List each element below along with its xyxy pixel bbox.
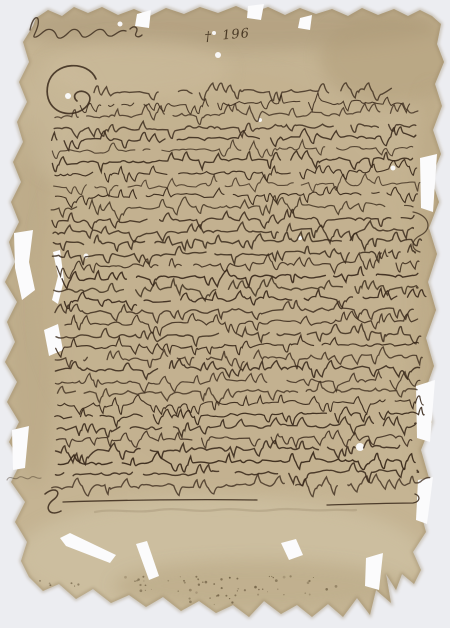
speckle	[151, 589, 152, 590]
speckle	[195, 576, 197, 578]
speckle	[145, 590, 146, 591]
speckle	[136, 580, 138, 582]
speckle	[216, 595, 218, 597]
speckle	[77, 583, 79, 585]
speckle	[262, 589, 263, 590]
speckle	[49, 584, 51, 586]
speckle	[195, 591, 197, 593]
speckle	[289, 575, 291, 577]
speckle	[244, 589, 246, 591]
speckle	[198, 584, 200, 586]
speckle	[143, 580, 144, 581]
speckle	[124, 576, 127, 579]
speckle	[225, 595, 227, 597]
paper-hole	[215, 52, 221, 58]
speckle	[236, 578, 238, 580]
speckle	[39, 580, 41, 582]
speckle	[283, 594, 284, 595]
speckle	[271, 576, 272, 577]
manuscript-page: † 196	[0, 0, 450, 628]
speckle	[229, 577, 231, 579]
speckle	[257, 594, 259, 596]
speckle	[197, 578, 199, 580]
speckle	[335, 585, 338, 588]
speckle	[221, 587, 223, 589]
speckle	[309, 594, 311, 596]
speckle	[184, 582, 186, 584]
paper-hole	[356, 443, 364, 451]
speckle	[134, 580, 136, 582]
speckle	[189, 600, 192, 603]
speckle	[74, 586, 75, 587]
speckle	[167, 580, 169, 582]
speckle	[209, 597, 211, 599]
speckle	[189, 598, 191, 600]
paper-hole	[118, 22, 123, 27]
speckle	[283, 576, 286, 579]
speckle	[180, 576, 181, 577]
speckle	[237, 590, 238, 591]
speckle	[142, 576, 144, 578]
speckle	[214, 604, 215, 605]
speckle	[234, 594, 236, 596]
speckle	[140, 589, 143, 592]
speckle	[205, 581, 208, 584]
speckle	[237, 588, 239, 590]
speckle	[231, 601, 233, 603]
speckle	[308, 580, 310, 582]
speckle	[189, 589, 192, 592]
speckle	[325, 588, 328, 591]
speckle	[183, 580, 185, 582]
paper-hole	[391, 166, 396, 171]
speckle	[273, 577, 274, 578]
folio-number-text: 196	[222, 26, 251, 43]
speckle	[254, 586, 257, 589]
speckle	[258, 589, 260, 591]
folio-cross-icon: †	[204, 29, 213, 45]
speckle	[202, 581, 204, 583]
document-scan: † 196	[0, 0, 450, 628]
speckle	[277, 589, 278, 590]
speckle	[275, 579, 278, 582]
speckle	[267, 591, 268, 592]
speckle	[304, 592, 306, 594]
speckle	[229, 598, 230, 599]
speckle	[269, 576, 270, 577]
speckle	[213, 583, 215, 585]
speckle	[313, 577, 314, 578]
speckle	[71, 582, 73, 584]
speckle	[49, 583, 51, 585]
speckle	[220, 578, 222, 580]
paper-hole	[65, 93, 71, 99]
speckle	[178, 591, 179, 592]
speckle	[139, 584, 141, 586]
speckle	[145, 584, 147, 586]
